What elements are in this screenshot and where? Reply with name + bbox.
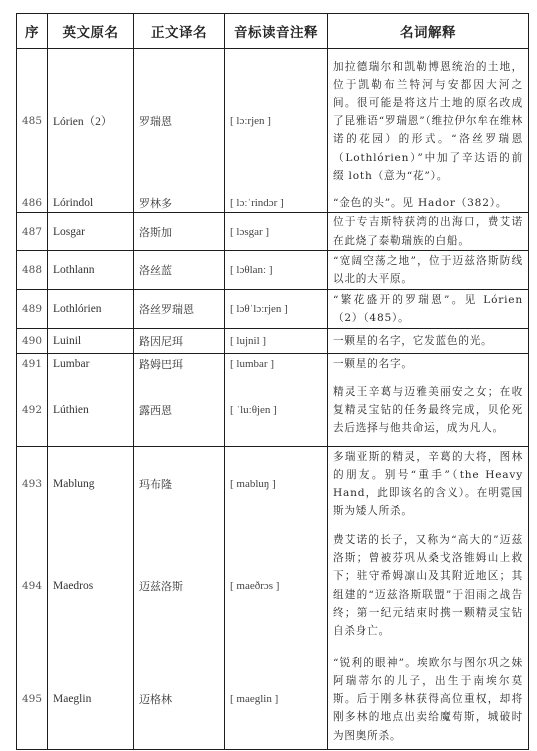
table-row: 485 Lórien（2） 罗瑞恩 [ lɔːrjen ] 加拉德瑞尔和凯勒博恩… xyxy=(17,49,529,194)
chinese-translation: 路因尼珥 xyxy=(134,329,225,354)
phonetic-notation: [ maeglin ] xyxy=(225,650,328,750)
table-row: 490 Luinil 路因尼珥 [ lujnil ] 一颗星的名字，它发蓝色的光… xyxy=(17,329,529,354)
chinese-translation: 玛布隆 xyxy=(134,447,225,522)
table-row: 487 Losgar 洛斯加 [ lɔsgar ] 位于专吉斯特获湾的出海口，费… xyxy=(17,213,529,251)
english-name: Maedros xyxy=(48,522,134,650)
definition: 精灵王辛葛与迈雅美丽安之女；在收复精灵宝钻的任务最终完成，贝伦死去后选择与他共命… xyxy=(328,375,529,447)
entry-number: 491 xyxy=(17,354,48,375)
phonetic-notation: [ maeðrɔs ] xyxy=(225,522,328,650)
english-name: Lúthien xyxy=(48,375,134,447)
entry-number: 492 xyxy=(17,375,48,447)
phonetic-notation: [ mabluŋ ] xyxy=(225,447,328,522)
phonetic-notation: [ lujnil ] xyxy=(225,329,328,354)
phonetic-notation: [ lumbar ] xyxy=(225,354,328,375)
english-name: Maeglin xyxy=(48,650,134,750)
english-name: Lórindol xyxy=(48,194,134,213)
definition: “金色的头”。见 Hador（382）。 xyxy=(328,194,529,213)
chinese-translation: 路姆巴珥 xyxy=(134,354,225,375)
table-row: 495 Maeglin 迈格林 [ maeglin ] “锐利的眼神”。埃欧尔与… xyxy=(17,650,529,750)
header-translation: 正文译名 xyxy=(134,14,225,49)
phonetic-notation: [ ˈluːθjen ] xyxy=(225,375,328,447)
table-row: 494 Maedros 迈兹洛斯 [ maeðrɔs ] 费艾诺的长子，又称为“… xyxy=(17,522,529,650)
phonetic-notation: [ lɔθˈlɔːrjen ] xyxy=(225,290,328,329)
entry-number: 486 xyxy=(17,194,48,213)
glossary-table: 序 英文原名 正文译名 音标读音注释 名词解释 485 Lórien（2） 罗瑞… xyxy=(16,13,529,750)
chinese-translation: 迈格林 xyxy=(134,650,225,750)
chinese-translation: 洛丝罗瑞恩 xyxy=(134,290,225,329)
definition: “锐利的眼神”。埃欧尔与图尔巩之妹阿瑞蒂尔的儿子，出生于南埃尔莫斯。后于刚多林获… xyxy=(328,650,529,750)
english-name: Lórien（2） xyxy=(48,49,134,194)
english-name: Losgar xyxy=(48,213,134,251)
chinese-translation: 罗瑞恩 xyxy=(134,49,225,194)
table-header-row: 序 英文原名 正文译名 音标读音注释 名词解释 xyxy=(17,14,529,49)
table-row: 491 Lumbar 路姆巴珥 [ lumbar ] 一颗星的名字。 xyxy=(17,354,529,375)
header-definition: 名词解释 xyxy=(328,14,529,49)
definition: 加拉德瑞尔和凯勒博恩统治的土地，位于凯勒布兰特河与安都因大河之间。很可能是将这片… xyxy=(328,49,529,194)
entry-number: 487 xyxy=(17,213,48,251)
header-number: 序 xyxy=(17,14,48,49)
english-name: Lothlann xyxy=(48,251,134,290)
phonetic-notation: [ lɔːrjen ] xyxy=(225,49,328,194)
entry-number: 490 xyxy=(17,329,48,354)
table-row: 492 Lúthien 露西恩 [ ˈluːθjen ] 精灵王辛葛与迈雅美丽安… xyxy=(17,375,529,447)
table-row: 486 Lórindol 罗林多 [ lɔːˈrindɔr ] “金色的头”。见… xyxy=(17,194,529,213)
entry-number: 493 xyxy=(17,447,48,522)
header-english-name: 英文原名 xyxy=(48,14,134,49)
definition: “繁花盛开的罗瑞恩”。见 Lórien（2）（485）。 xyxy=(328,290,529,329)
english-name: Mablung xyxy=(48,447,134,522)
phonetic-notation: [ lɔsgar ] xyxy=(225,213,328,251)
entry-number: 494 xyxy=(17,522,48,650)
table-row: 488 Lothlann 洛丝蓝 [ lɔθlanː ] “宽阔空荡之地”，位于… xyxy=(17,251,529,290)
definition: 多瑞亚斯的精灵，辛葛的大将，图林的朋友。别号“重手”（the Heavy Han… xyxy=(328,447,529,522)
table-row: 489 Lothlórien 洛丝罗瑞恩 [ lɔθˈlɔːrjen ] “繁花… xyxy=(17,290,529,329)
phonetic-notation: [ lɔːˈrindɔr ] xyxy=(225,194,328,213)
definition: 一颗星的名字，它发蓝色的光。 xyxy=(328,329,529,354)
entry-number: 485 xyxy=(17,49,48,194)
chinese-translation: 露西恩 xyxy=(134,375,225,447)
english-name: Luinil xyxy=(48,329,134,354)
table-row: 493 Mablung 玛布隆 [ mabluŋ ] 多瑞亚斯的精灵，辛葛的大将… xyxy=(17,447,529,522)
chinese-translation: 洛丝蓝 xyxy=(134,251,225,290)
definition: “宽阔空荡之地”，位于迈兹洛斯防线以北的大平原。 xyxy=(328,251,529,290)
entry-number: 495 xyxy=(17,650,48,750)
header-phonetic: 音标读音注释 xyxy=(225,14,328,49)
chinese-translation: 罗林多 xyxy=(134,194,225,213)
entry-number: 488 xyxy=(17,251,48,290)
phonetic-notation: [ lɔθlanː ] xyxy=(225,251,328,290)
entry-number: 489 xyxy=(17,290,48,329)
definition: 一颗星的名字。 xyxy=(328,354,529,375)
definition: 费艾诺的长子，又称为“高大的”迈兹洛斯；曾被芬巩从桑戈洛锥姆山上救下；驻守希姆凛… xyxy=(328,522,529,650)
chinese-translation: 迈兹洛斯 xyxy=(134,522,225,650)
definition: 位于专吉斯特获湾的出海口，费艾诺在此烧了泰勒瑞族的白船。 xyxy=(328,213,529,251)
english-name: Lothlórien xyxy=(48,290,134,329)
english-name: Lumbar xyxy=(48,354,134,375)
chinese-translation: 洛斯加 xyxy=(134,213,225,251)
